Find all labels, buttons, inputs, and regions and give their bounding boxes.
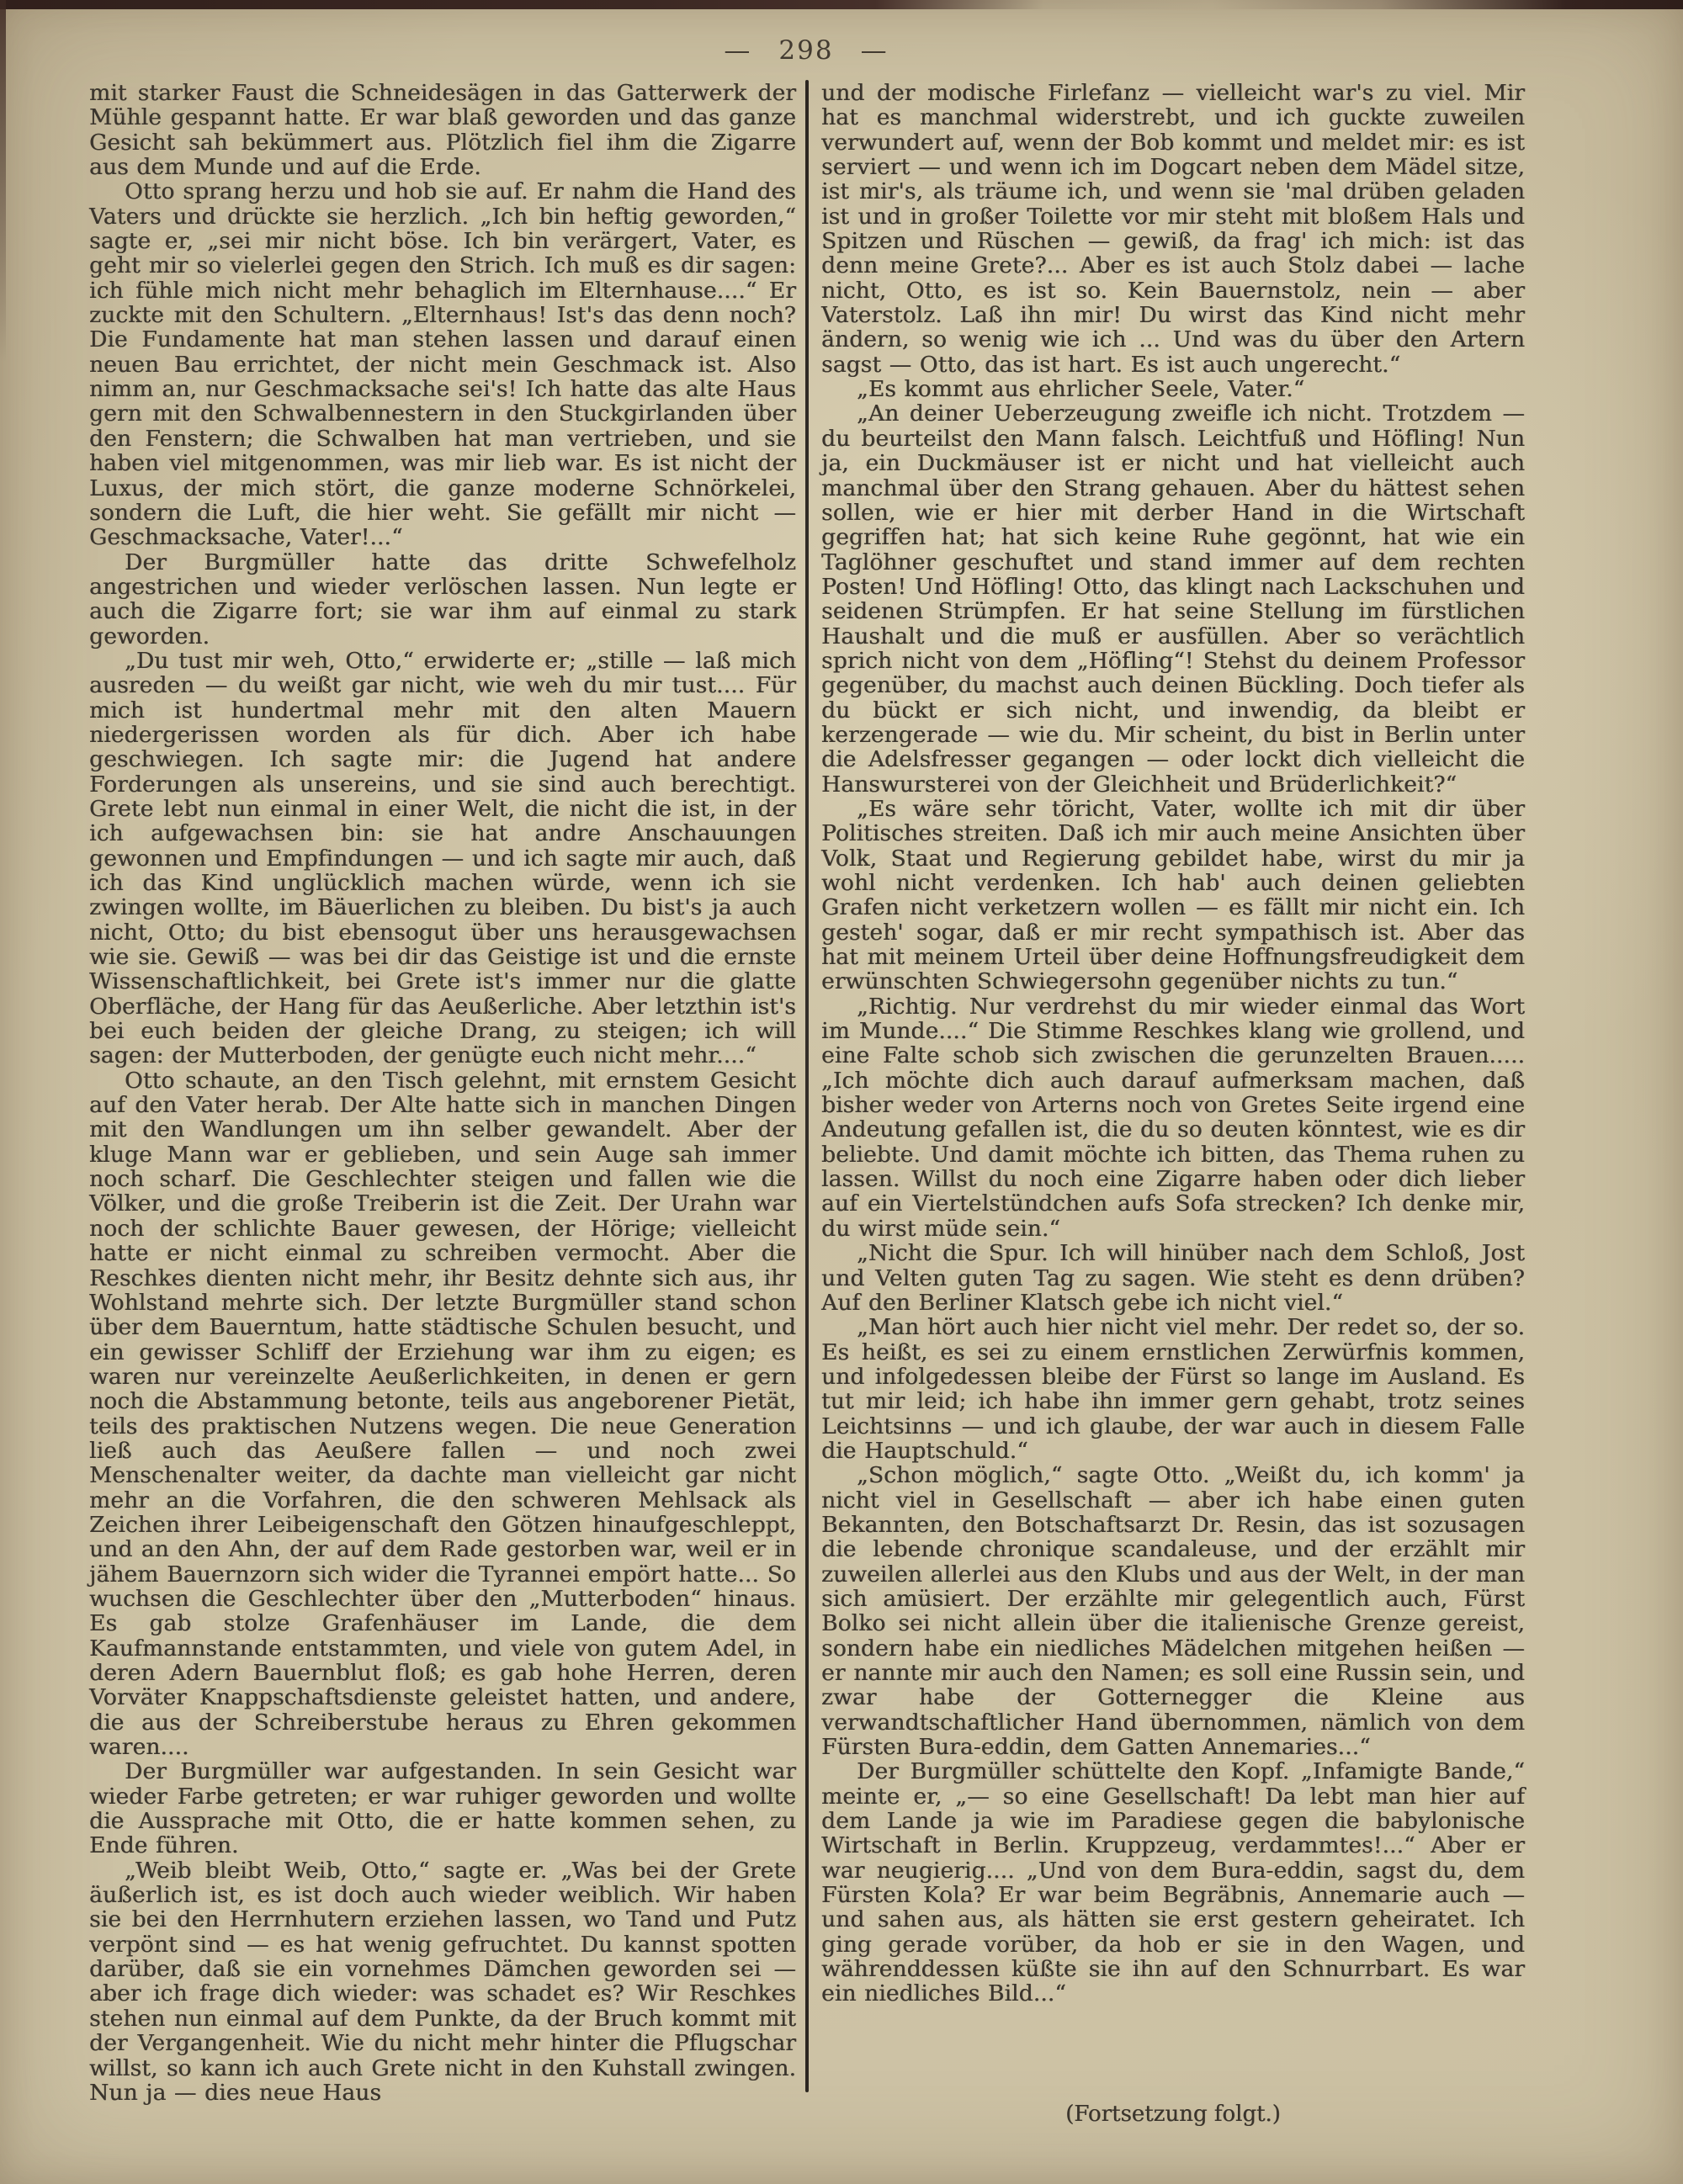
paragraph: „Nicht die Spur. Ich will hinüber nach d… (821, 1241, 1525, 1315)
page-number-dash-right: — (861, 35, 889, 66)
paragraph: mit starker Faust die Schneidesägen in d… (89, 81, 796, 179)
continuation-notice: (Fortsetzung folgt.) (821, 2102, 1525, 2127)
paragraph: „Man hört auch hier nicht viel mehr. Der… (821, 1315, 1525, 1463)
paragraph: Otto schaute, an den Tisch gelehnt, mit … (89, 1068, 796, 1760)
paragraph: Der Burgmüller schüttelte den Kopf. „Inf… (821, 1759, 1525, 2006)
scan-top-edge (0, 0, 1683, 9)
paragraph: und der modische Firlefanz — vielleicht … (821, 81, 1525, 377)
page-number-dash-left: — (724, 35, 751, 66)
paragraph: Der Burgmüller war aufgestanden. In sein… (89, 1759, 796, 1858)
right-column: und der modische Firlefanz — vielleicht … (821, 81, 1525, 2006)
paragraph: Otto sprang herzu und hob sie auf. Er na… (89, 179, 796, 549)
paragraph: „Schon möglich,“ sagte Otto. „Weißt du, … (821, 1463, 1525, 1759)
paragraph: Der Burgmüller hatte das dritte Schwefel… (89, 550, 796, 649)
paragraph: „Richtig. Nur verdrehst du mir wieder ei… (821, 994, 1525, 1241)
paragraph: „Es wäre sehr töricht, Vater, wollte ich… (821, 797, 1525, 994)
paragraph: „An deiner Ueberzeugung zweifle ich nich… (821, 401, 1525, 797)
paragraph: „Du tust mir weh, Otto,“ erwiderte er; „… (89, 649, 796, 1068)
page-header: —298— (0, 35, 1612, 66)
column-divider-rule (805, 80, 809, 2092)
paragraph: „Weib bleibt Weib, Otto,“ sagte er. „Was… (89, 1858, 796, 2105)
page-number: 298 (778, 35, 833, 66)
left-column: mit starker Faust die Schneidesägen in d… (89, 81, 796, 2105)
paragraph: „Es kommt aus ehrlicher Seele, Vater.“ (821, 377, 1525, 401)
